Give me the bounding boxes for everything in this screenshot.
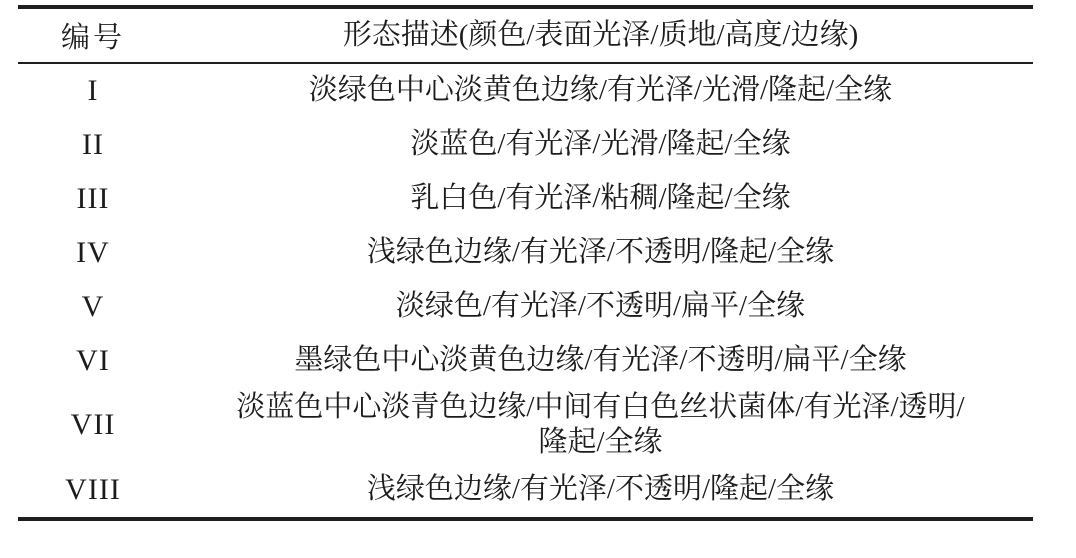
row-description: 淡绿色/有光泽/不透明/扁平/全缘 <box>396 289 805 324</box>
table-row: VIII 浅绿色边缘/有光泽/不透明/隆起/全缘 <box>18 463 1033 517</box>
table-row: VI 墨绿色中心淡黄色边缘/有光泽/不透明/扁平/全缘 <box>18 334 1033 388</box>
page: 编号 形态描述(颜色/表面光泽/质地/高度/边缘) I 淡绿色中心淡黄色边缘/有… <box>0 0 1076 558</box>
column-header-id: 编号 <box>18 9 168 62</box>
row-description: 淡蓝色中心淡青色边缘/中间有白色丝状菌体/有光泽/透明/隆起/全缘 <box>226 390 976 461</box>
morphology-table: 编号 形态描述(颜色/表面光泽/质地/高度/边缘) I 淡绿色中心淡黄色边缘/有… <box>18 5 1033 521</box>
table-row: I 淡绿色中心淡黄色边缘/有光泽/光滑/隆起/全缘 <box>18 64 1033 118</box>
row-description: 墨绿色中心淡黄色边缘/有光泽/不透明/扁平/全缘 <box>294 343 906 378</box>
row-id-cell: VI <box>18 334 168 388</box>
row-description: 淡绿色中心淡黄色边缘/有光泽/光滑/隆起/全缘 <box>309 73 892 108</box>
row-id: II <box>82 128 104 162</box>
table-row: VII 淡蓝色中心淡青色边缘/中间有白色丝状菌体/有光泽/透明/隆起/全缘 <box>18 388 1033 463</box>
table-row: V 淡绿色/有光泽/不透明/扁平/全缘 <box>18 280 1033 334</box>
row-description-cell: 浅绿色边缘/有光泽/不透明/隆起/全缘 <box>168 463 1033 517</box>
column-header-description-label: 形态描述(颜色/表面光泽/质地/高度/边缘) <box>343 18 859 53</box>
column-header-id-label: 编号 <box>61 15 125 56</box>
column-header-description: 形态描述(颜色/表面光泽/质地/高度/边缘) <box>168 9 1033 62</box>
row-id: VII <box>71 408 116 442</box>
row-description-cell: 乳白色/有光泽/粘稠/隆起/全缘 <box>168 172 1033 226</box>
table-row: II 淡蓝色/有光泽/光滑/隆起/全缘 <box>18 118 1033 172</box>
row-description-cell: 淡绿色中心淡黄色边缘/有光泽/光滑/隆起/全缘 <box>168 64 1033 118</box>
table-row: IV 浅绿色边缘/有光泽/不透明/隆起/全缘 <box>18 226 1033 280</box>
row-id: V <box>82 290 105 324</box>
row-id: VI <box>76 344 110 378</box>
row-description: 浅绿色边缘/有光泽/不透明/隆起/全缘 <box>367 235 834 270</box>
row-description: 乳白色/有光泽/粘稠/隆起/全缘 <box>410 181 790 216</box>
table-body: I 淡绿色中心淡黄色边缘/有光泽/光滑/隆起/全缘 II 淡蓝色/有光泽/光滑/… <box>18 64 1033 517</box>
row-id: I <box>88 74 99 108</box>
row-description: 淡蓝色/有光泽/光滑/隆起/全缘 <box>410 127 790 162</box>
row-id-cell: I <box>18 64 168 118</box>
row-id-cell: VII <box>18 388 168 463</box>
row-id-cell: II <box>18 118 168 172</box>
table-row: III 乳白色/有光泽/粘稠/隆起/全缘 <box>18 172 1033 226</box>
row-id-cell: V <box>18 280 168 334</box>
row-description: 浅绿色边缘/有光泽/不透明/隆起/全缘 <box>367 472 834 507</box>
row-id: IV <box>76 236 110 270</box>
row-id: VIII <box>65 473 121 507</box>
row-description-cell: 墨绿色中心淡黄色边缘/有光泽/不透明/扁平/全缘 <box>168 334 1033 388</box>
table-header-row: 编号 形态描述(颜色/表面光泽/质地/高度/边缘) <box>18 9 1033 64</box>
row-description-cell: 淡绿色/有光泽/不透明/扁平/全缘 <box>168 280 1033 334</box>
row-description-cell: 浅绿色边缘/有光泽/不透明/隆起/全缘 <box>168 226 1033 280</box>
row-id: III <box>77 182 110 216</box>
row-id-cell: VIII <box>18 463 168 517</box>
row-id-cell: III <box>18 172 168 226</box>
row-description-cell: 淡蓝色中心淡青色边缘/中间有白色丝状菌体/有光泽/透明/隆起/全缘 <box>168 388 1033 463</box>
row-description-cell: 淡蓝色/有光泽/光滑/隆起/全缘 <box>168 118 1033 172</box>
row-id-cell: IV <box>18 226 168 280</box>
